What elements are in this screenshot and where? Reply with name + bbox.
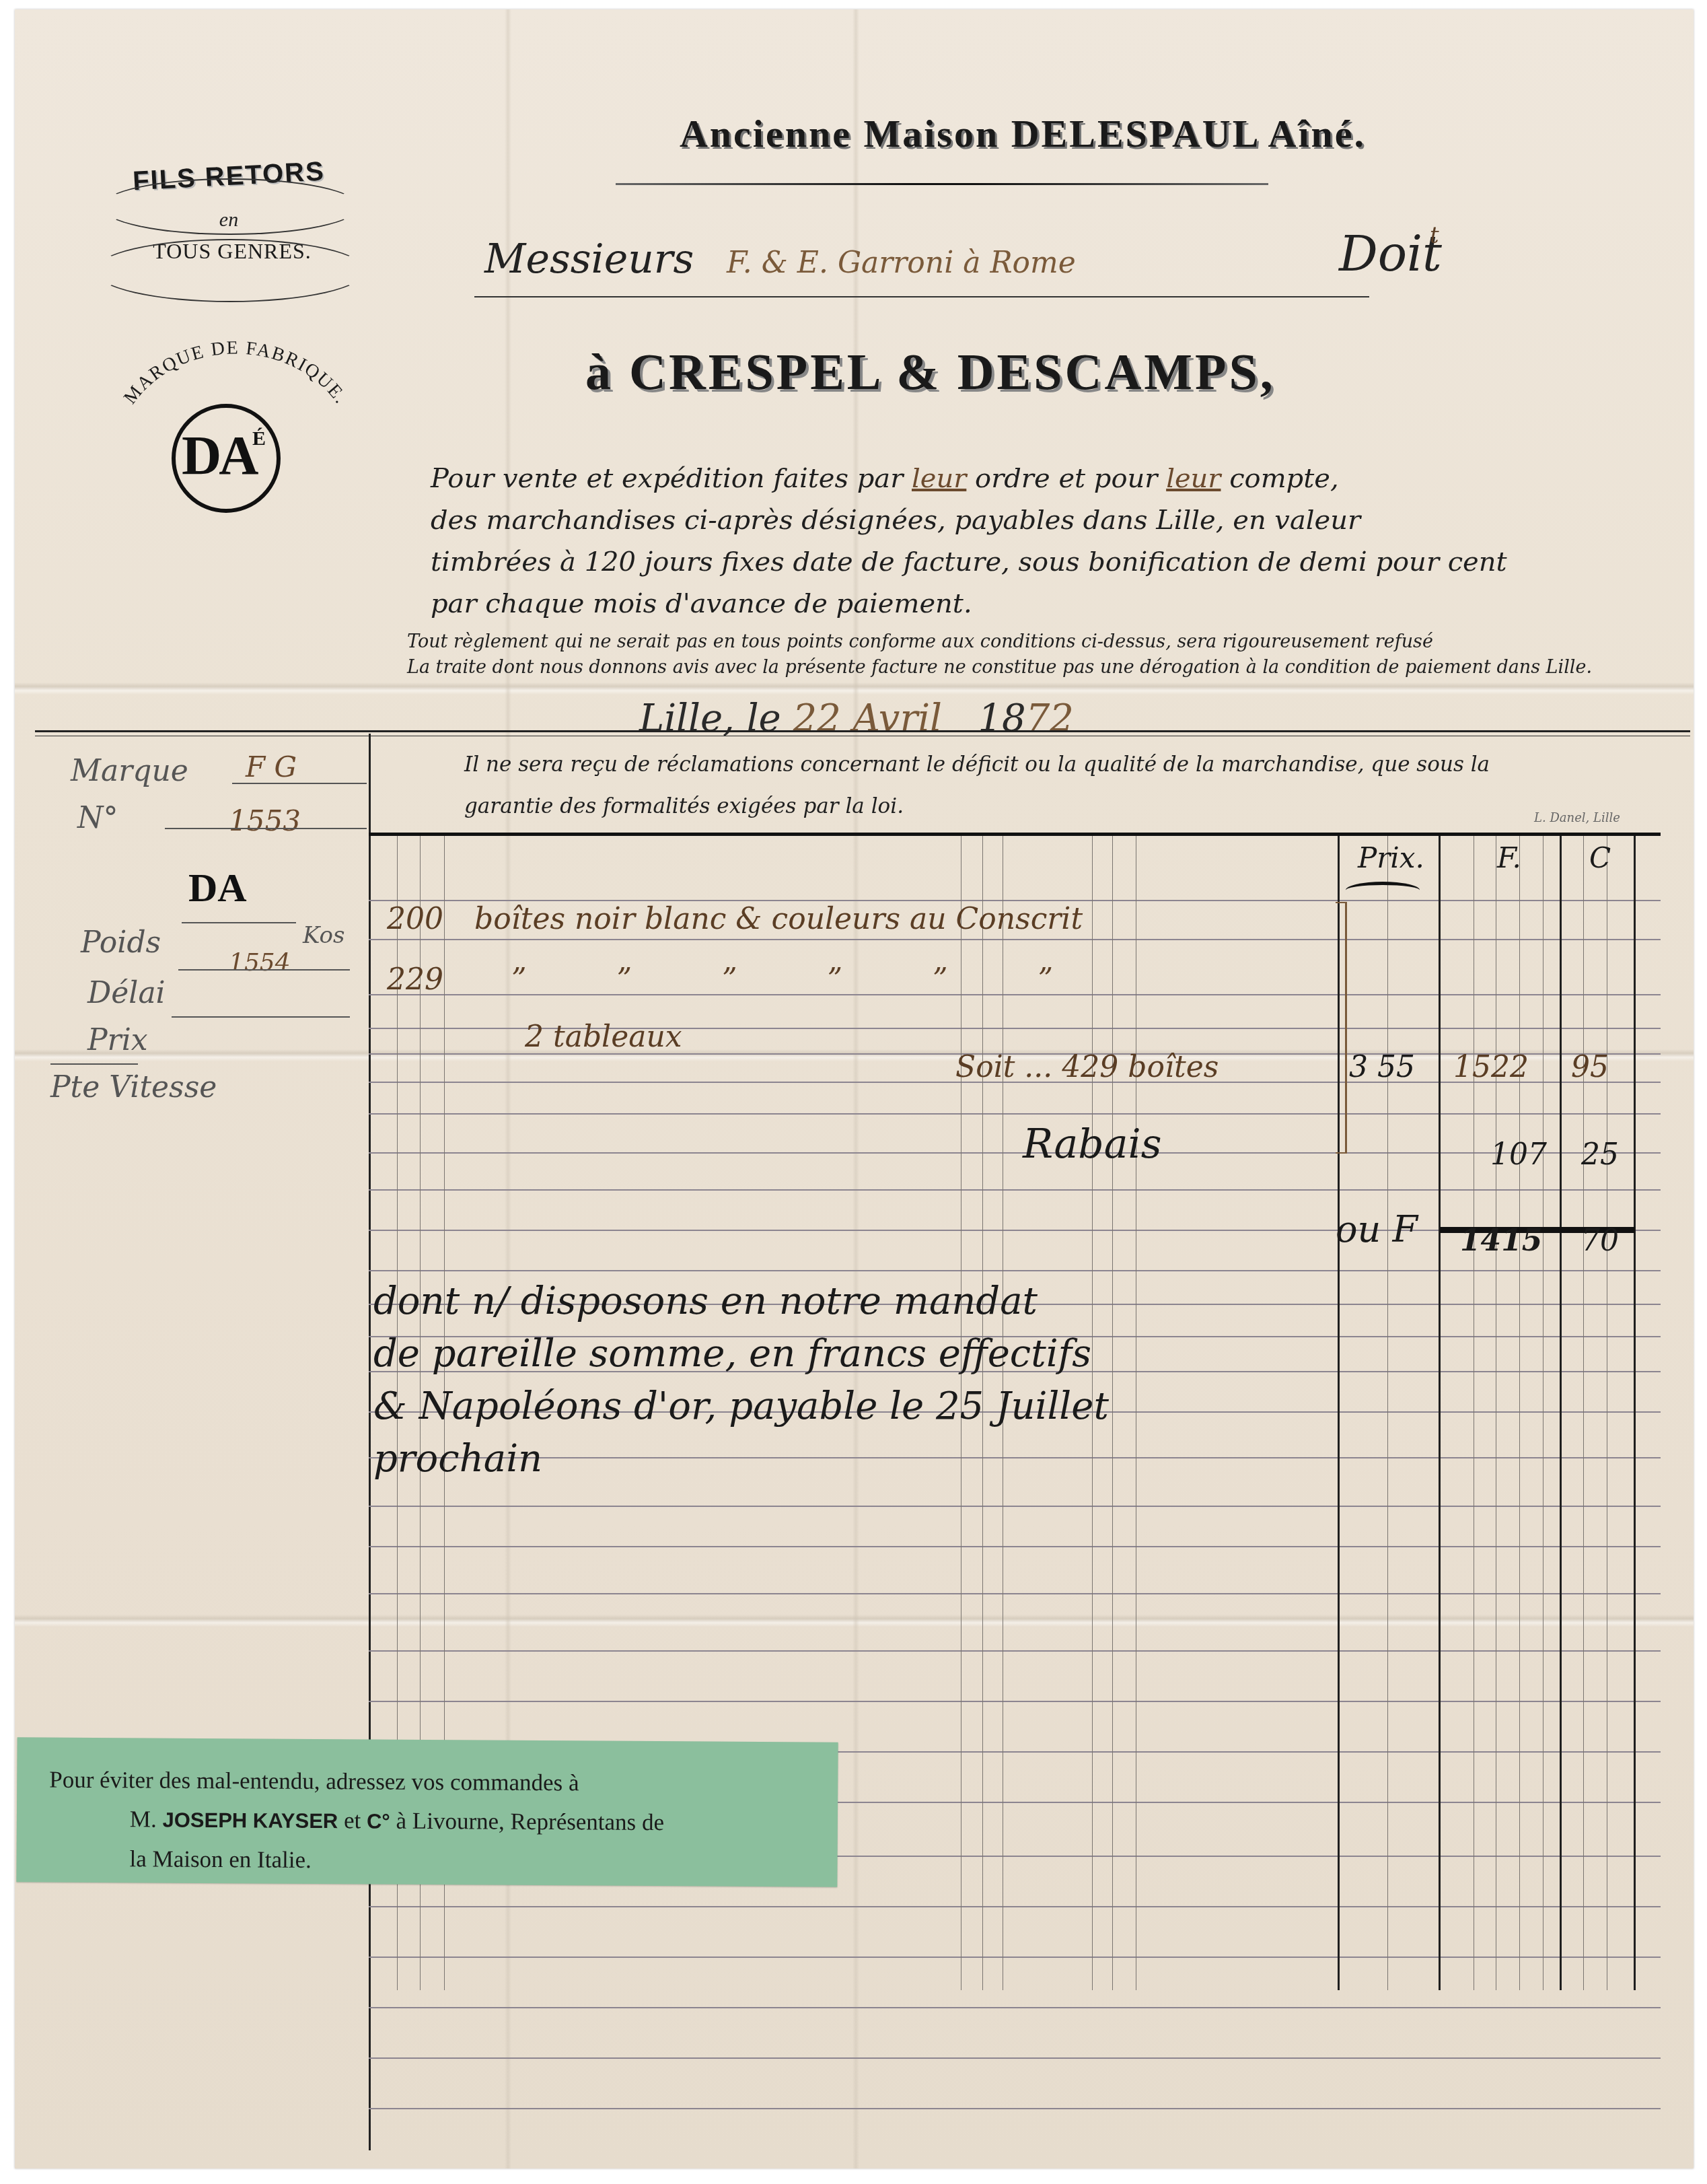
price-label: Prix [87, 1023, 148, 1057]
discount-label: Rabais [1023, 1121, 1161, 1168]
column-header-francs: F. [1497, 841, 1521, 874]
addressee-underline [474, 296, 1369, 297]
grid-row-line [369, 1113, 1661, 1115]
line-item-description: ” ” ” ” ” ” [511, 962, 1093, 997]
grid-col-line [1519, 833, 1520, 1990]
line-item-description: 2 tableaux [525, 1020, 682, 1054]
grid-row-line [369, 1189, 1661, 1191]
agent-company-abbrev: C° [367, 1809, 390, 1833]
marque-underline [232, 783, 367, 784]
grid-row-line [369, 2057, 1661, 2059]
payment-terms: Pour vente et expédition faites par leur… [431, 458, 1642, 625]
delay-underline [178, 969, 350, 971]
slip-line-1: Pour éviter des mal-entendu, adressez vo… [49, 1761, 816, 1804]
product-connector: en [202, 209, 256, 232]
table-top-rule [369, 833, 1661, 836]
subtotal-unit-price: 3 55 [1349, 1050, 1415, 1084]
total-prefix: ou F [1336, 1208, 1418, 1250]
grid-row-line [369, 1152, 1661, 1154]
note-line-4: prochain [373, 1433, 1517, 1485]
agent-name: JOSEPH KAYSER [162, 1808, 338, 1833]
grid-row-line [369, 1593, 1661, 1594]
terms-line-4: par chaque mois d'avance de paiement. [431, 583, 1642, 625]
claims-line-1: Il ne sera reçu de réclamations concerna… [464, 744, 1675, 785]
terms-fill-2: leur [1166, 463, 1221, 494]
debit-label: Doit [1339, 225, 1442, 282]
subtotal-centimes: 95 [1571, 1050, 1609, 1084]
prix-brace-ornament [1346, 882, 1420, 899]
weight-underline [182, 922, 296, 923]
claims-notice: Il ne sera reçu de réclamations concerna… [464, 744, 1675, 827]
weight-unit: Kos [303, 922, 344, 949]
subtotal-francs: 1522 [1453, 1050, 1529, 1084]
speed-underline [50, 1063, 138, 1065]
number-value: 1553 [229, 804, 301, 837]
mark-code: DA [188, 865, 247, 911]
line-item-qty: 200 [387, 902, 443, 936]
note-line-1: dont n/ disposons en notre mandat [373, 1275, 1517, 1328]
marque-value: F G [246, 750, 297, 783]
grid-row-line [369, 2108, 1661, 2109]
grid-col-line [1607, 833, 1607, 1990]
terms-line-2: des marchandises ci-après désignées, pay… [431, 499, 1642, 541]
addressee-name: F. & E. Garroni à Rome [727, 246, 1076, 280]
line-item-qty: 229 [387, 962, 443, 997]
slip-line-3: la Maison en Italie. [48, 1839, 815, 1883]
printer-credit: L. Danel, Lille [1534, 811, 1620, 825]
total-centimes: 70 [1581, 1224, 1619, 1258]
price-underline [172, 1016, 350, 1018]
grid-row-line [369, 1957, 1661, 1958]
column-header-prix: Prix. [1358, 841, 1424, 874]
grouping-bracket [1336, 902, 1347, 1154]
flourish-ornament [94, 239, 366, 302]
weight-value: 1554 [229, 949, 291, 977]
notice-line-1: Tout règlement qui ne serait pas en tous… [407, 629, 1685, 655]
notice-line-2: La traite dont nous donnons avis avec la… [407, 655, 1685, 680]
date-rule [35, 730, 1690, 736]
subtotal-label: Soit ... 429 boîtes [955, 1050, 1219, 1084]
slip-text: M. [130, 1806, 163, 1832]
grid-row-line [369, 1701, 1661, 1702]
column-header-centimes: C [1589, 841, 1611, 874]
grid-row-line [369, 1270, 1661, 1271]
slip-text: à Livourne, Représentans de [390, 1808, 664, 1835]
note-line-2: de pareille somme, en francs effectifs [373, 1328, 1517, 1380]
number-label: N° [77, 801, 118, 835]
terms-text: Pour vente et expédition faites par [431, 463, 912, 494]
house-title: Ancienne Maison DELESPAUL Aîné. [585, 111, 1460, 156]
grid-row-line [369, 939, 1661, 940]
marque-label: Marque [71, 754, 188, 788]
delay-label: Délai [87, 976, 166, 1010]
terms-text: compte, [1221, 463, 1338, 494]
speed-label: Pte Vitesse [50, 1070, 217, 1104]
discount-francs: 107 [1490, 1137, 1547, 1172]
svg-text:MARQUE DE FABRIQUE.: MARQUE DE FABRIQUE. [120, 337, 352, 408]
grid-col-line [1583, 833, 1584, 1990]
grid-row-line [369, 2007, 1661, 2008]
company-name: à CRESPEL & DESCAMPS, [585, 343, 1460, 402]
terms-line-3: timbrées à 120 jours fixes date de factu… [431, 541, 1642, 583]
grid-row-line [369, 1506, 1661, 1507]
addressee-prefix: Messieurs [484, 236, 694, 283]
slip-line-2: M. JOSEPH KAYSER et C° à Livourne, Repré… [49, 1800, 816, 1844]
centimes-column-border [1560, 833, 1562, 1990]
payment-note: dont n/ disposons en notre mandat de par… [373, 1275, 1517, 1485]
grid-row-line [369, 1650, 1661, 1652]
slip-text: et [338, 1807, 367, 1833]
claims-line-2: garantie des formalités exigées par la l… [464, 785, 1675, 827]
terms-fill-1: leur [912, 463, 966, 494]
grid-row-line [369, 1906, 1661, 1907]
grid-row-line [369, 900, 1661, 901]
grid-col-line [1543, 833, 1543, 1990]
discount-centimes: 25 [1581, 1137, 1619, 1172]
terms-text: ordre et pour [966, 463, 1166, 494]
line-item-description: boîtes noir blanc & couleurs au Conscrit [474, 902, 1083, 936]
weight-label: Poids [81, 925, 161, 960]
agent-notice-slip: Pour éviter des mal-entendu, adressez vo… [16, 1737, 838, 1887]
grid-row-line [369, 1546, 1661, 1547]
table-right-border [1634, 833, 1636, 1990]
debit-superscript: t [1430, 222, 1439, 249]
terms-line-1: Pour vente et expédition faites par leur… [431, 458, 1642, 499]
note-line-3: & Napoléons d'or, payable le 25 Juillet [373, 1380, 1517, 1433]
number-underline [165, 828, 367, 829]
ornamental-rule [616, 183, 1268, 185]
total-francs: 1415 [1460, 1224, 1542, 1258]
trademark-seal-superscript: É [252, 427, 266, 450]
payment-notice: Tout règlement qui ne serait pas en tous… [407, 629, 1685, 680]
